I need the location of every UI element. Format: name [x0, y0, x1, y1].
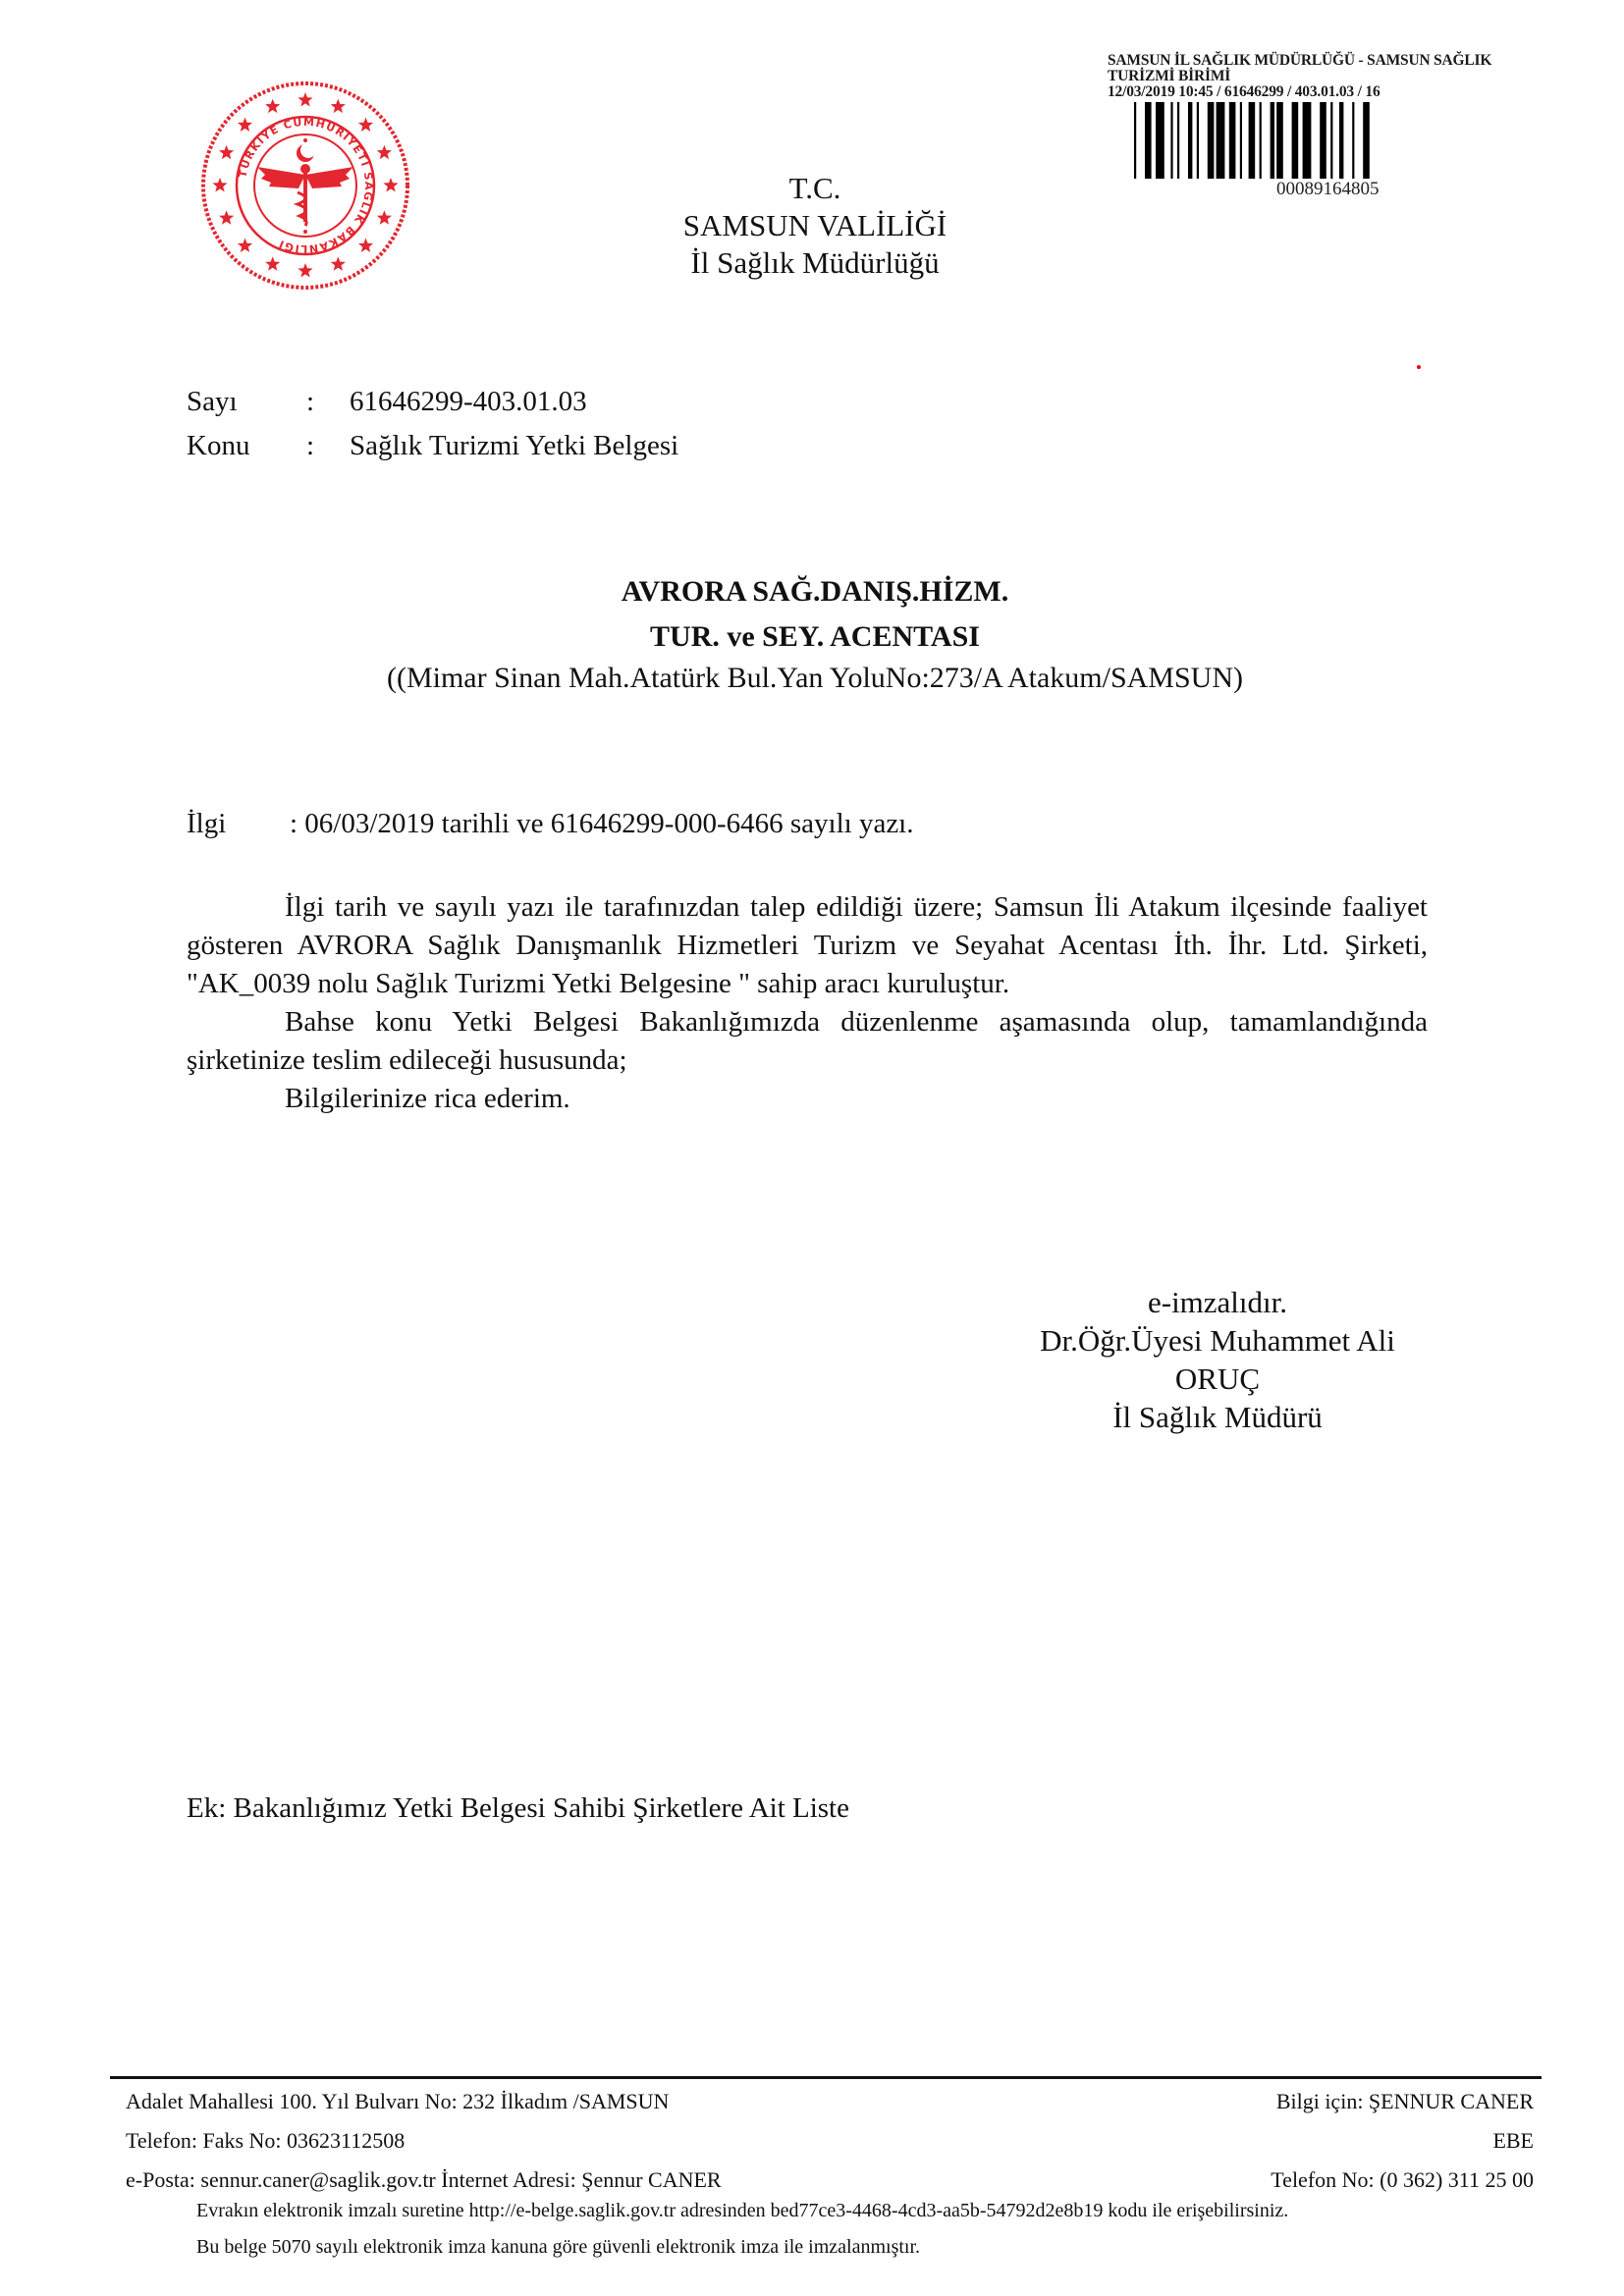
recipient-name-line2: TUR. ve SEY. ACENTASI: [295, 619, 1335, 655]
body-paragraph-3: Bilgilerinize rica ederim.: [187, 1080, 1428, 1118]
signer-name-line1: Dr.Öğr.Üyesi Muhammet Ali: [992, 1321, 1443, 1360]
e-signature-status: e-imzalıdır.: [992, 1283, 1443, 1321]
body-paragraph-1: İlgi tarih ve sayılı yazı ile tarafınızd…: [187, 888, 1428, 1003]
sayi-label: Sayı: [187, 385, 306, 418]
konu-row: Konu:Sağlık Turizmi Yetki Belgesi: [187, 429, 678, 462]
footer-info-title: EBE: [1492, 2128, 1534, 2154]
header-governorship: SAMSUN VALİLİĞİ: [550, 207, 1080, 244]
footer-law-note: Bu belge 5070 sayılı elektronik imza kan…: [196, 2236, 920, 2259]
signature-block: e-imzalıdır. Dr.Öğr.Üyesi Muhammet Ali O…: [992, 1283, 1443, 1436]
ministry-seal-logo: TÜRKİYE CUMHURİYETİ SAĞLIK BAKANLIĞI: [196, 77, 414, 294]
document-barcode-stamp: SAMSUN İL SAĞLIK MÜDÜRLÜĞÜ - SAMSUN SAĞL…: [1108, 53, 1559, 200]
konu-value: Sağlık Turizmi Yetki Belgesi: [350, 430, 678, 461]
document-stamp: 12/03/2019 10:45 / 61646299 / 403.01.03 …: [1108, 84, 1559, 100]
recipient-address: ((Mimar Sinan Mah.Atatürk Bul.Yan YoluNo…: [295, 661, 1335, 696]
footer-info-phone: Telefon No: (0 362) 311 25 00: [1271, 2167, 1534, 2193]
signer-title: İl Sağlık Müdürü: [992, 1398, 1443, 1436]
footer-address: Adalet Mahallesi 100. Yıl Bulvarı No: 23…: [126, 2089, 669, 2114]
footer-info-contact: Bilgi için: ŞENNUR CANER: [1276, 2089, 1534, 2114]
letter-body: İlgi tarih ve sayılı yazı ile tarafınızd…: [187, 888, 1428, 1118]
header-tc: T.C.: [550, 170, 1080, 207]
sayi-separator: :: [306, 385, 350, 418]
sayi-value: 61646299-403.01.03: [350, 386, 587, 417]
recipient-block: AVRORA SAĞ.DANIŞ.HİZM. TUR. ve SEY. ACEN…: [295, 574, 1335, 696]
ministry-of-health-seal-icon: TÜRKİYE CUMHURİYETİ SAĞLIK BAKANLIĞI: [196, 77, 414, 294]
sayi-row: Sayı:61646299-403.01.03: [187, 385, 587, 418]
recipient-name-line1: AVRORA SAĞ.DANIŞ.HİZM.: [295, 574, 1335, 610]
attachment-line: Ek: Bakanlığımız Yetki Belgesi Sahibi Şi…: [187, 1792, 849, 1825]
barcode-number: 00089164805: [1276, 179, 1559, 200]
footer-email-web: e-Posta: sennur.caner@saglik.gov.tr İnte…: [126, 2167, 722, 2193]
header-directorate: İl Sağlık Müdürlüğü: [550, 244, 1080, 282]
body-paragraph-2: Bahse konu Yetki Belgesi Bakanlığımızda …: [187, 1003, 1428, 1080]
unit-name-line2: TURİZMİ BİRİMİ: [1108, 69, 1559, 84]
ilgi-label: İlgi: [187, 808, 290, 840]
footer-verification-note: Evrakın elektronik imzalı suretine http:…: [196, 2200, 1288, 2222]
konu-label: Konu: [187, 429, 306, 462]
unit-name-line1: SAMSUN İL SAĞLIK MÜDÜRLÜĞÜ - SAMSUN SAĞL…: [1108, 53, 1559, 69]
red-dot-mark: [1417, 365, 1421, 369]
signer-name-line2: ORUÇ: [992, 1360, 1443, 1398]
ilgi-text: : 06/03/2019 tarihli ve 61646299-000-646…: [290, 808, 914, 839]
letter-header: T.C. SAMSUN VALİLİĞİ İl Sağlık Müdürlüğü: [550, 170, 1080, 282]
reference-line: İlgi: 06/03/2019 tarihli ve 61646299-000…: [187, 808, 914, 840]
footer-phone-fax: Telefon: Faks No: 03623112508: [126, 2128, 405, 2154]
footer-divider: [110, 2076, 1542, 2079]
konu-separator: :: [306, 429, 350, 462]
barcode-icon: [1132, 102, 1530, 181]
